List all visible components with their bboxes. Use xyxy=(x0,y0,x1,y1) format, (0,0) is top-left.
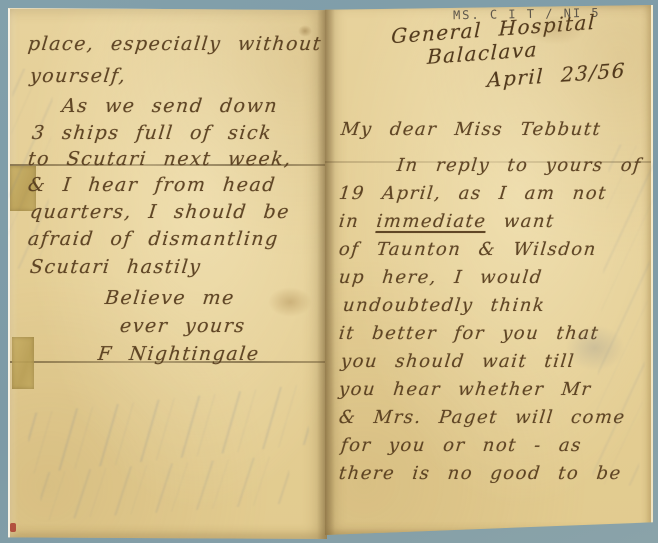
handwritten-line: afraid of dismantling xyxy=(27,228,280,250)
center-fold-shadow-right xyxy=(325,5,335,535)
paper-left-page: place, especially without yourself, As w… xyxy=(8,8,327,539)
line-text: want xyxy=(485,211,555,232)
ink-stain xyxy=(268,287,312,317)
bleedthrough-ghost-writing xyxy=(26,385,311,474)
handwritten-line: place, especially without xyxy=(27,33,323,55)
handwritten-line: you should wait till xyxy=(340,351,576,372)
handwritten-line: to Scutari next week, xyxy=(27,148,293,170)
handwritten-line: in immediate want xyxy=(338,211,556,232)
handwritten-line: it better for you that xyxy=(338,323,600,344)
handwritten-line: quarters, I should be xyxy=(29,201,291,223)
handwritten-line: you hear whether Mr xyxy=(338,379,593,400)
handwritten-line: undoubtedly think xyxy=(342,295,547,316)
handwritten-line: 3 ships full of sick xyxy=(31,122,273,144)
salutation: My dear Miss Tebbutt xyxy=(340,119,603,140)
closing-line: ever yours xyxy=(119,315,247,337)
bleedthrough-ghost-writing xyxy=(39,455,292,520)
handwritten-line: yourself, xyxy=(29,65,128,87)
underlined-word: immediate xyxy=(375,211,487,232)
handwritten-line: up here, I would xyxy=(338,267,544,288)
handwritten-line: of Taunton & Wilsdon xyxy=(338,239,598,260)
letter-scan: place, especially without yourself, As w… xyxy=(0,0,658,543)
handwritten-line: there is no good to be xyxy=(338,463,623,484)
handwritten-line: for you or not - as xyxy=(340,435,583,456)
handwritten-line: 19 April, as I am not xyxy=(338,183,608,204)
line-text: in xyxy=(338,211,378,232)
handwritten-line: In reply to yours of xyxy=(396,155,643,176)
paper-right-page: MS. C I T / NI 5 General Hospital Balacl… xyxy=(325,5,653,535)
handwritten-line: & Mrs. Paget will come xyxy=(338,407,627,428)
handwritten-line: & I hear from head xyxy=(27,174,277,196)
tape-mark-lower xyxy=(12,337,34,389)
closing-line: Believe me xyxy=(104,287,236,309)
signature: F Nightingale xyxy=(97,343,261,365)
red-mark xyxy=(10,523,16,532)
handwritten-line: Scutari hastily xyxy=(29,256,203,278)
handwritten-line: As we send down xyxy=(61,95,279,117)
